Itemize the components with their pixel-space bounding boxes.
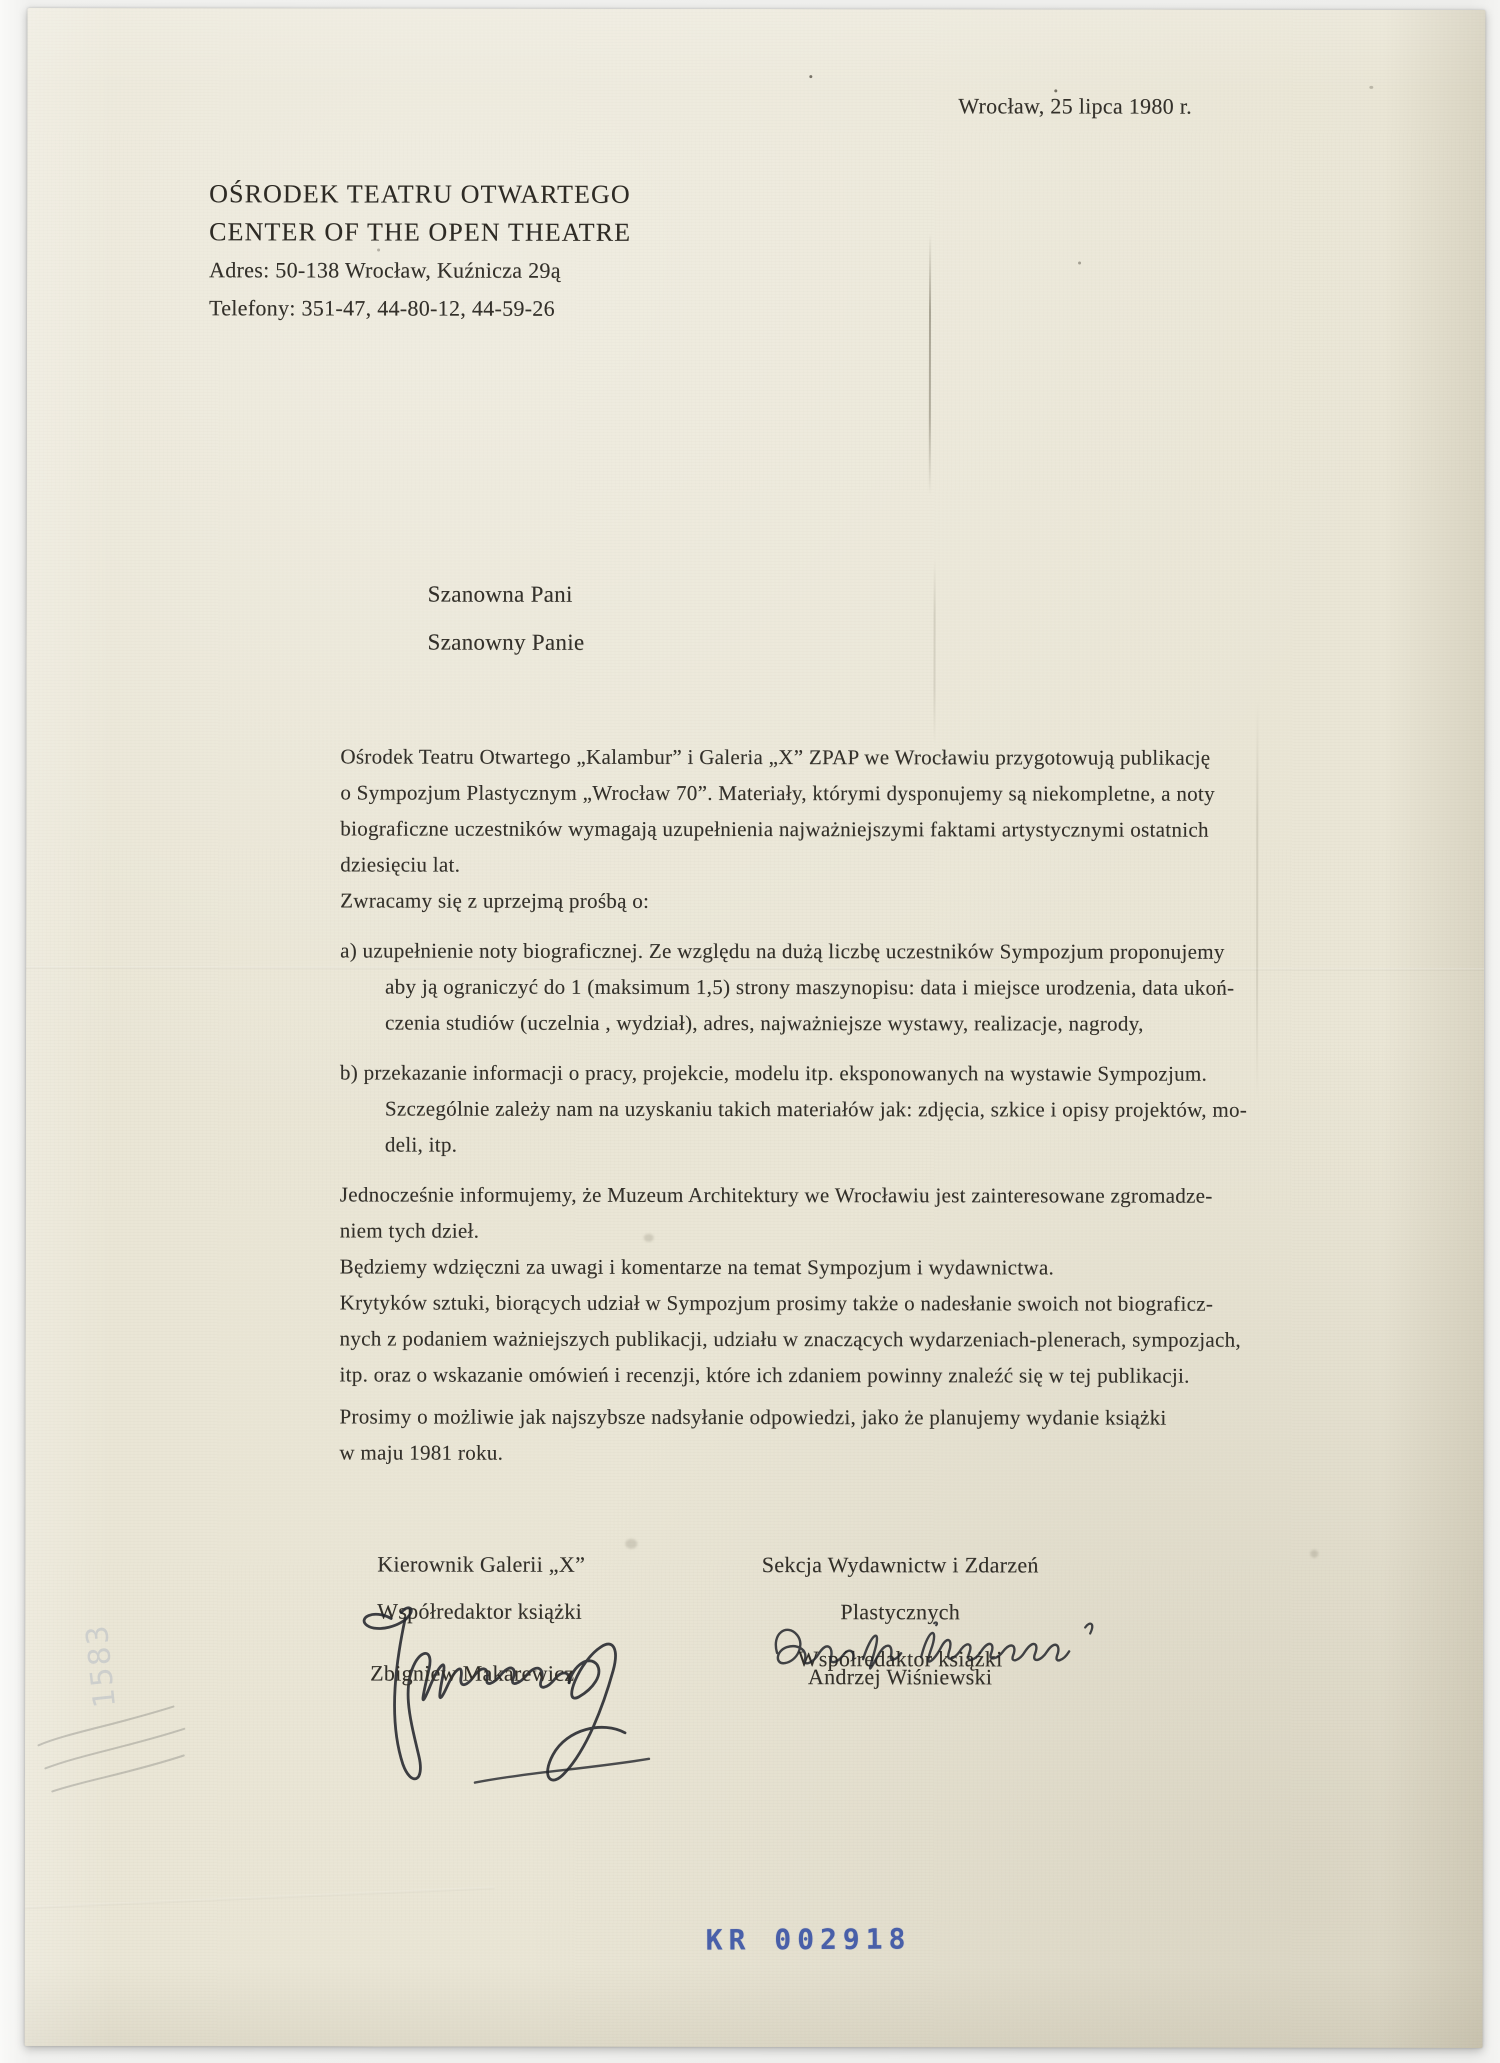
paragraph-feedback: Będziemy wdzięczni za uwagi i komentarze… <box>340 1248 1305 1285</box>
ink-speck <box>1369 86 1373 89</box>
list-item-b: b) przekazanie informacji o pracy, proje… <box>340 1054 1305 1163</box>
paragraph-intro: Ośrodek Teatru Otwartego „Kalambur” i Ga… <box>340 738 1305 883</box>
list-item-a: a) uzupełnienie noty biograficznej. Ze w… <box>340 932 1305 1041</box>
ink-speck <box>809 75 812 78</box>
address-line: Adres: 50-138 Wrocław, Kuźnicza 29ą <box>209 251 631 290</box>
crease-mark <box>933 559 935 744</box>
org-name-polish: OŚRODEK TEATRU OTWARTEGO <box>209 175 631 214</box>
salutation-line-2: Szanowny Panie <box>428 619 585 667</box>
smudge-mark <box>1310 1550 1318 1558</box>
paper-sheet: Wrocław, 25 lipca 1980 r. OŚRODEK TEATRU… <box>25 8 1486 2048</box>
ink-speck <box>1078 261 1081 264</box>
faint-margin-stamp: 1583 <box>80 1622 124 1710</box>
scanned-letter-screenshot: { "document": { "date_line": "Wrocław, 2… <box>0 0 1500 2063</box>
letter-body: Ośrodek Teatru Otwartego „Kalambur” i Ga… <box>339 738 1305 1471</box>
paragraph-critics: Krytyków sztuki, biorących udział w Symp… <box>339 1284 1304 1393</box>
date-line: Wrocław, 25 lipca 1980 r. <box>958 93 1192 119</box>
paragraph-request-lead: Zwracamy się z uprzejmą prośbą o: <box>340 882 1305 919</box>
salutation-line-1: Szanowna Pani <box>428 571 585 619</box>
fold-line <box>25 1886 495 1909</box>
handwritten-signature-makarewicz <box>357 1596 657 1811</box>
ink-speck <box>1054 89 1057 92</box>
salutation: Szanowna Pani Szanowny Panie <box>428 571 585 667</box>
signer-name-left: Zbigniew Makarewicz <box>370 1660 574 1686</box>
phone-line: Telefony: 351-47, 44-80-12, 44-59-26 <box>209 289 631 328</box>
registry-number-stamp: KR 002918 <box>706 1923 912 1957</box>
crease-mark <box>929 233 931 495</box>
paragraph-deadline: Prosimy o możliwie jak najszybsze nadsył… <box>339 1398 1304 1471</box>
org-name-english: CENTER OF THE OPEN THEATRE <box>209 213 631 252</box>
faint-margin-scribble <box>25 1691 222 1826</box>
smudge-mark <box>625 1539 637 1549</box>
left-role-line-1: Kierownik Galerii „X” <box>377 1540 585 1587</box>
signer-name-right: Andrzej Wiśniewski <box>725 1664 1075 1690</box>
letterhead: OŚRODEK TEATRU OTWARTEGO CENTER OF THE O… <box>209 175 631 328</box>
paragraph-museum: Jednocześnie informujemy, że Muzeum Arch… <box>340 1176 1305 1249</box>
